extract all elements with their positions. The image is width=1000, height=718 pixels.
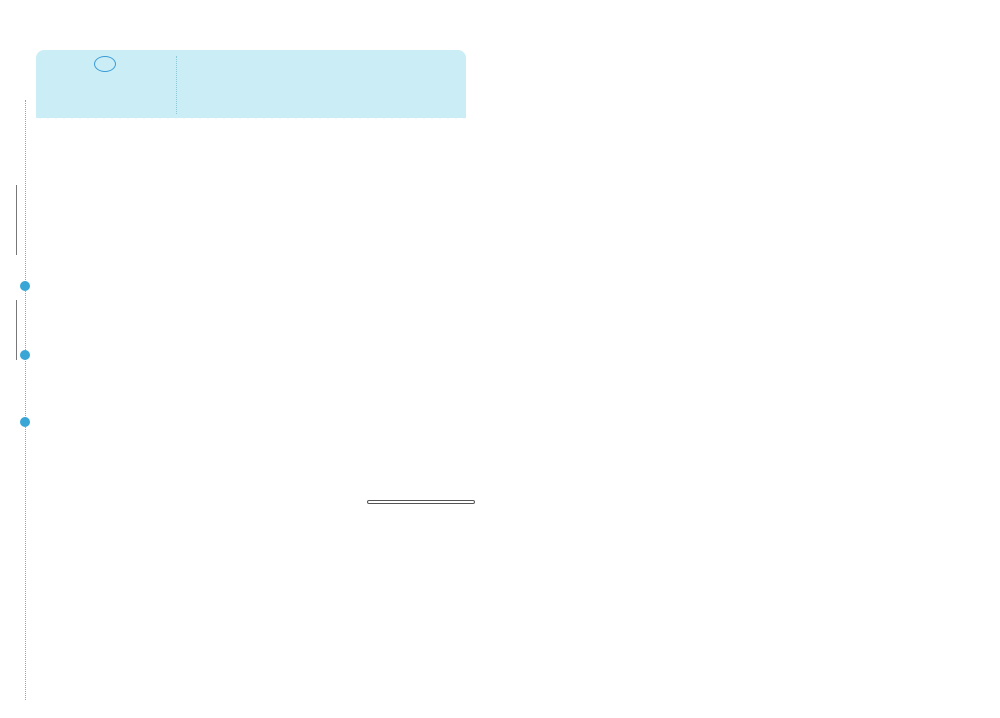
- cut-dot: [20, 350, 30, 360]
- cut-line: [25, 100, 26, 700]
- class-field[interactable]: [16, 300, 17, 360]
- cut-dot: [20, 281, 30, 291]
- sun-icon: [94, 56, 116, 72]
- cut-dot: [20, 417, 30, 427]
- dictionary-box: [367, 500, 475, 504]
- name-field[interactable]: [16, 185, 17, 255]
- exam-header: [36, 50, 466, 118]
- binding-margin: [0, 0, 34, 718]
